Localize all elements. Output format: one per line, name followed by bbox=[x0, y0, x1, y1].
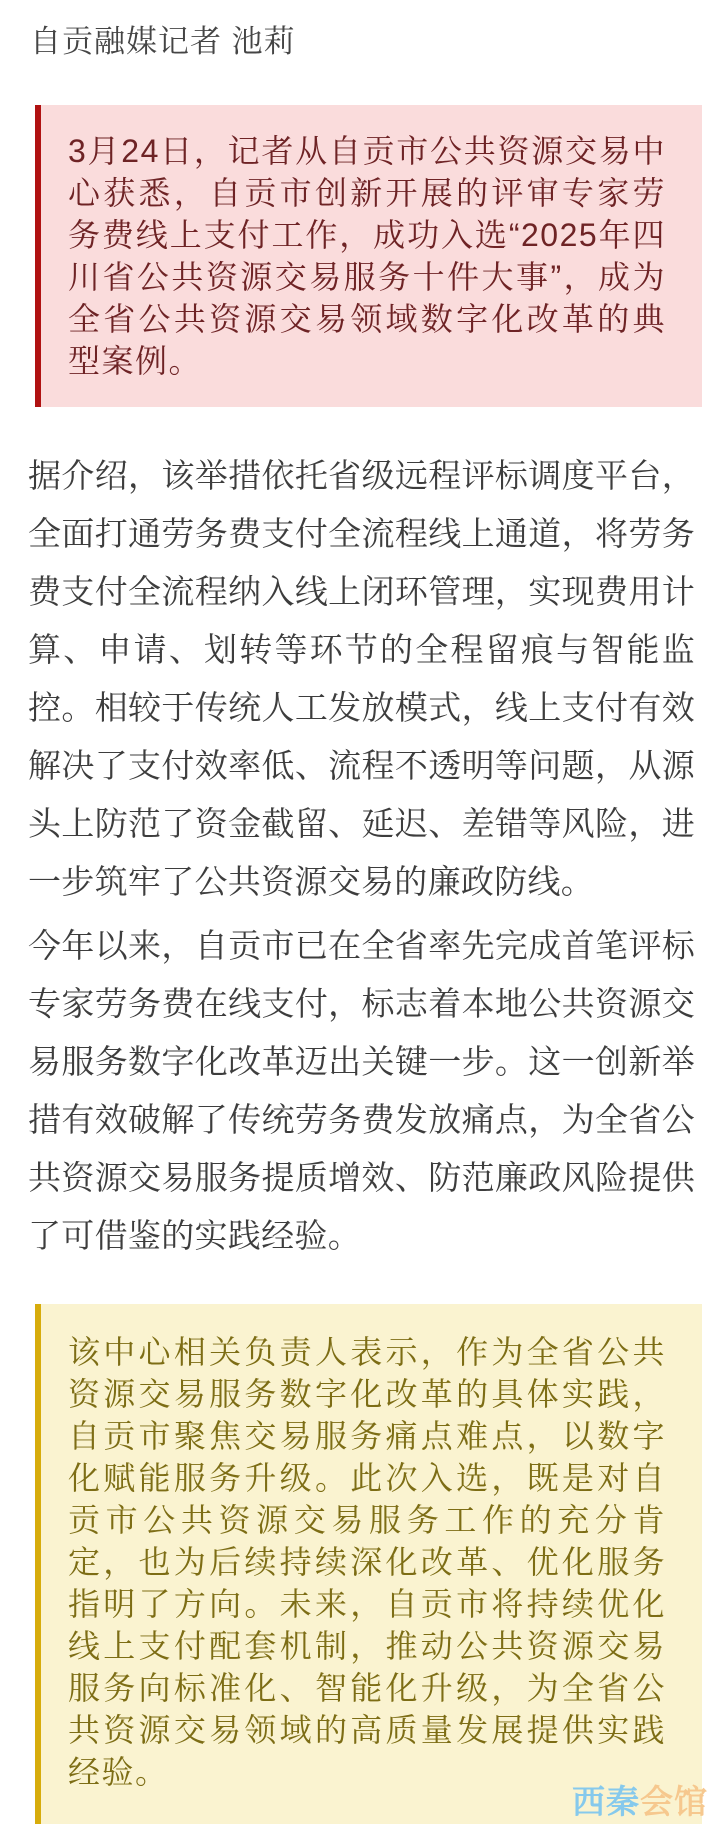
watermark-text-huiguan: 会馆 bbox=[640, 1783, 708, 1820]
highlight-block-red-text: 3月24日，记者从自贡市公共资源交易中心获悉，自贡市创新开展的评审专家劳务费线上… bbox=[68, 130, 666, 382]
watermark-text-xiqin: 西秦 bbox=[572, 1783, 640, 1820]
body-paragraph-1: 据介绍，该举措依托省级远程评标调度平台，全面打通劳务费支付全流程线上通道，将劳务… bbox=[28, 447, 695, 911]
byline: 自贡融媒记者 池莉 bbox=[0, 0, 720, 64]
watermark-logo: 西秦会馆 bbox=[572, 1782, 708, 1822]
highlight-block-gold: 该中心相关负责人表示，作为全省公共资源交易服务数字化改革的具体实践，自贡市聚焦交… bbox=[35, 1304, 702, 1824]
highlight-block-red: 3月24日，记者从自贡市公共资源交易中心获悉，自贡市创新开展的评审专家劳务费线上… bbox=[35, 105, 702, 407]
article-page: 自贡融媒记者 池莉 3月24日，记者从自贡市公共资源交易中心获悉，自贡市创新开展… bbox=[0, 0, 720, 1829]
body-paragraph-2: 今年以来，自贡市已在全省率先完成首笔评标专家劳务费在线支付，标志着本地公共资源交… bbox=[28, 917, 695, 1265]
highlight-block-gold-text: 该中心相关负责人表示，作为全省公共资源交易服务数字化改革的具体实践，自贡市聚焦交… bbox=[68, 1331, 666, 1793]
